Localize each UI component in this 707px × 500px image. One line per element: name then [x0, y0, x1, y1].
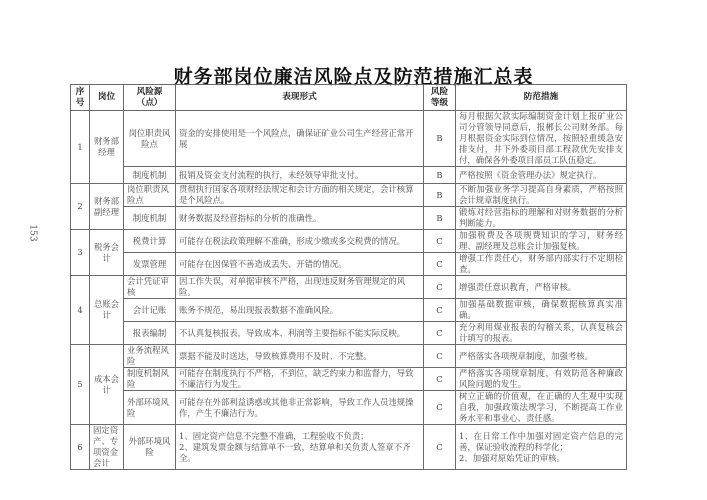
description-cell: 不认真复核报表，导致成本、利润等主要指标不能实际反映。 — [176, 322, 424, 345]
measure-line: 1、在日常工作中加强对固定资产信息的完善，保证验收流程的科学化； — [459, 431, 623, 453]
level-cell: C — [424, 276, 456, 299]
description-line: 2、建筑发票金额与结算单不一致，结算单和关负责人签章不齐全。 — [179, 442, 420, 464]
measures-cell: 严格按照《资金管理办法》规定执行。 — [456, 167, 627, 184]
level-cell: C — [424, 253, 456, 276]
table-row: 制度机制 财务数据及经营指标的分析的准确性。 B 锻炼对经营指标的理解和对财务数… — [71, 207, 627, 230]
description-cell: 财务数据及经营指标的分析的准确性。 — [176, 207, 424, 230]
header-level: 风险等级 — [424, 85, 456, 111]
description-cell: 资金的安排使用是一个风险点，确保证矿业公司生产经营正常开展 — [176, 111, 424, 167]
header-seq: 序号 — [71, 85, 90, 111]
table-row: 外部环境风险 可能存在外部利益诱惑或其他非正常影响，导致工作人员违规操作，产生不… — [71, 391, 627, 425]
description-cell: 报销及资金支付流程的执行，未经领导审批支付。 — [176, 167, 424, 184]
description-cell: 账务不规范，易出现报表数据不准确风险。 — [176, 299, 424, 322]
seq-cell: 4 — [71, 276, 90, 345]
seq-cell: 3 — [71, 230, 90, 276]
level-cell: C — [424, 345, 456, 368]
level-cell: C — [424, 299, 456, 322]
description-cell: 可能存在外部利益诱惑或其他非正常影响，导致工作人员违规操作，产生不廉洁行为。 — [176, 391, 424, 425]
measures-cell: 不断加强业务学习提高自身素质，严格按照会计规章制度执行。 — [456, 184, 627, 207]
header-source: 风险源（点） — [124, 85, 176, 111]
measures-cell: 严格落实各项规章制度，有效防范各种廉政风险问题的发生。 — [456, 368, 627, 391]
source-cell: 报表编制 — [124, 322, 176, 345]
source-cell: 制度机制 — [124, 167, 176, 184]
table-row: 2 财务部副经理 岗位职责风险点 贯彻执行国家各项财经法规定和会计方面的相关规定… — [71, 184, 627, 207]
table-row: 制度机制风险 可能存在制度执行不严格，不到位，缺乏约束力和监督力，导致不廉洁行为… — [71, 368, 627, 391]
seq-cell: 6 — [71, 425, 90, 470]
header-post: 岗位 — [90, 85, 124, 111]
level-cell: B — [424, 207, 456, 230]
level-cell: C — [424, 322, 456, 345]
table-row: 会计记账 账务不规范，易出现报表数据不准确风险。 C 加强基础数据审核，确保数据… — [71, 299, 627, 322]
source-cell: 税费计算 — [124, 230, 176, 253]
post-cell: 固定资产、专项资金会计 — [90, 425, 124, 470]
seq-cell: 5 — [71, 345, 90, 425]
source-cell: 会计凭证审核 — [124, 276, 176, 299]
measures-cell: 1、在日常工作中加强对固定资产信息的完善，保证验收流程的科学化； 2、加强对原始… — [456, 425, 627, 470]
level-cell: C — [424, 425, 456, 470]
table-row: 4 总账会计 会计凭证审核 因工作失误，对单据审核不严格，出现违反财务管理规定的… — [71, 276, 627, 299]
table-row: 制度机制 报销及资金支付流程的执行，未经领导审批支付。 B 严格按照《资金管理办… — [71, 167, 627, 184]
table-row: 1 财务部经理 岗位职责风险点 资金的安排使用是一个风险点，确保证矿业公司生产经… — [71, 111, 627, 167]
level-cell: C — [424, 230, 456, 253]
post-cell: 财务部经理 — [90, 111, 124, 184]
source-cell: 外部环境风险 — [124, 391, 176, 425]
source-cell: 岗位职责风险点 — [124, 111, 176, 167]
level-cell: B — [424, 167, 456, 184]
header-description: 表现形式 — [176, 85, 424, 111]
post-cell: 总账会计 — [90, 276, 124, 345]
description-cell: 1、固定资产信息不完整不准确，工程验收不负责； 2、建筑发票金额与结算单不一致，… — [176, 425, 424, 470]
measures-cell: 每月根据欠款实际编制资金计划上报矿业公司分管领导同意后，报郴长公司财务部。每月根… — [456, 111, 627, 167]
seq-cell: 2 — [71, 184, 90, 230]
source-cell: 外部环境风险 — [124, 425, 176, 470]
table-row: 6 固定资产、专项资金会计 外部环境风险 1、固定资产信息不完整不准确，工程验收… — [71, 425, 627, 470]
level-cell: B — [424, 111, 456, 167]
post-cell: 财务部副经理 — [90, 184, 124, 230]
source-cell: 制度机制 — [124, 207, 176, 230]
measures-cell: 树立正确的价值观，在正确的人生观中实现自我，加强政策法规学习，不断提高工作业务水… — [456, 391, 627, 425]
source-cell: 会计记账 — [124, 299, 176, 322]
table-row: 报表编制 不认真复核报表，导致成本、利润等主要指标不能实际反映。 C 充分利用煤… — [71, 322, 627, 345]
risk-summary-table: 序号 岗位 风险源（点） 表现形式 风险等级 防范措施 1 财务部经理 岗位职责… — [70, 84, 627, 470]
source-cell: 业务流程风险 — [124, 345, 176, 368]
measures-cell: 锻炼对经营指标的理解和对财务数据的分析判断能力。 — [456, 207, 627, 230]
table-header-row: 序号 岗位 风险源（点） 表现形式 风险等级 防范措施 — [71, 85, 627, 111]
header-measures: 防范措施 — [456, 85, 627, 111]
measures-cell: 充分利用煤业报表的勾稽关系，认真复核会计填写的报表。 — [456, 322, 627, 345]
description-cell: 可能存在税法政策理解不准确，形成少缴或多交税费的情况。 — [176, 230, 424, 253]
description-cell: 因工作失误，对单据审核不严格，出现违反财务管理规定的风险。 — [176, 276, 424, 299]
level-cell: C — [424, 368, 456, 391]
measures-cell: 严格落实各项规章制度，加强考核。 — [456, 345, 627, 368]
table-row: 5 成本会计 业务流程风险 票据不能及时送达，导致核算费用不及时、不完整。 C … — [71, 345, 627, 368]
post-cell: 成本会计 — [90, 345, 124, 425]
source-cell: 发票管理 — [124, 253, 176, 276]
post-cell: 税务会计 — [90, 230, 124, 276]
description-cell: 可能存在因保管不善造成丢失、开错的情况。 — [176, 253, 424, 276]
source-cell: 制度机制风险 — [124, 368, 176, 391]
measures-cell: 加强税费及各项规费知识的学习，财务经理、副经理及总账会计加强复核。 — [456, 230, 627, 253]
measure-line: 2、加强对原始凭证的审核。 — [459, 453, 623, 464]
description-cell: 票据不能及时送达，导致核算费用不及时、不完整。 — [176, 345, 424, 368]
page-number: 153 — [28, 224, 38, 241]
description-line: 1、固定资产信息不完整不准确，工程验收不负责； — [179, 431, 420, 442]
table-row: 3 税务会计 税费计算 可能存在税法政策理解不准确，形成少缴或多交税费的情况。 … — [71, 230, 627, 253]
seq-cell: 1 — [71, 111, 90, 184]
description-cell: 贯彻执行国家各项财经法规定和会计方面的相关规定，会计核算是个风险点。 — [176, 184, 424, 207]
table-row: 发票管理 可能存在因保管不善造成丢失、开错的情况。 C 增强工作责任心，财务部内… — [71, 253, 627, 276]
description-cell: 可能存在制度执行不严格，不到位，缺乏约束力和监督力，导致不廉洁行为发生。 — [176, 368, 424, 391]
measures-cell: 增强责任意识教育，严格审核。 — [456, 276, 627, 299]
level-cell: B — [424, 184, 456, 207]
measures-cell: 加强基础数据审核，确保数据核算真实准确。 — [456, 299, 627, 322]
source-cell: 岗位职责风险点 — [124, 184, 176, 207]
measures-cell: 增强工作责任心，财务部内部实行不定期检查。 — [456, 253, 627, 276]
level-cell: C — [424, 391, 456, 425]
